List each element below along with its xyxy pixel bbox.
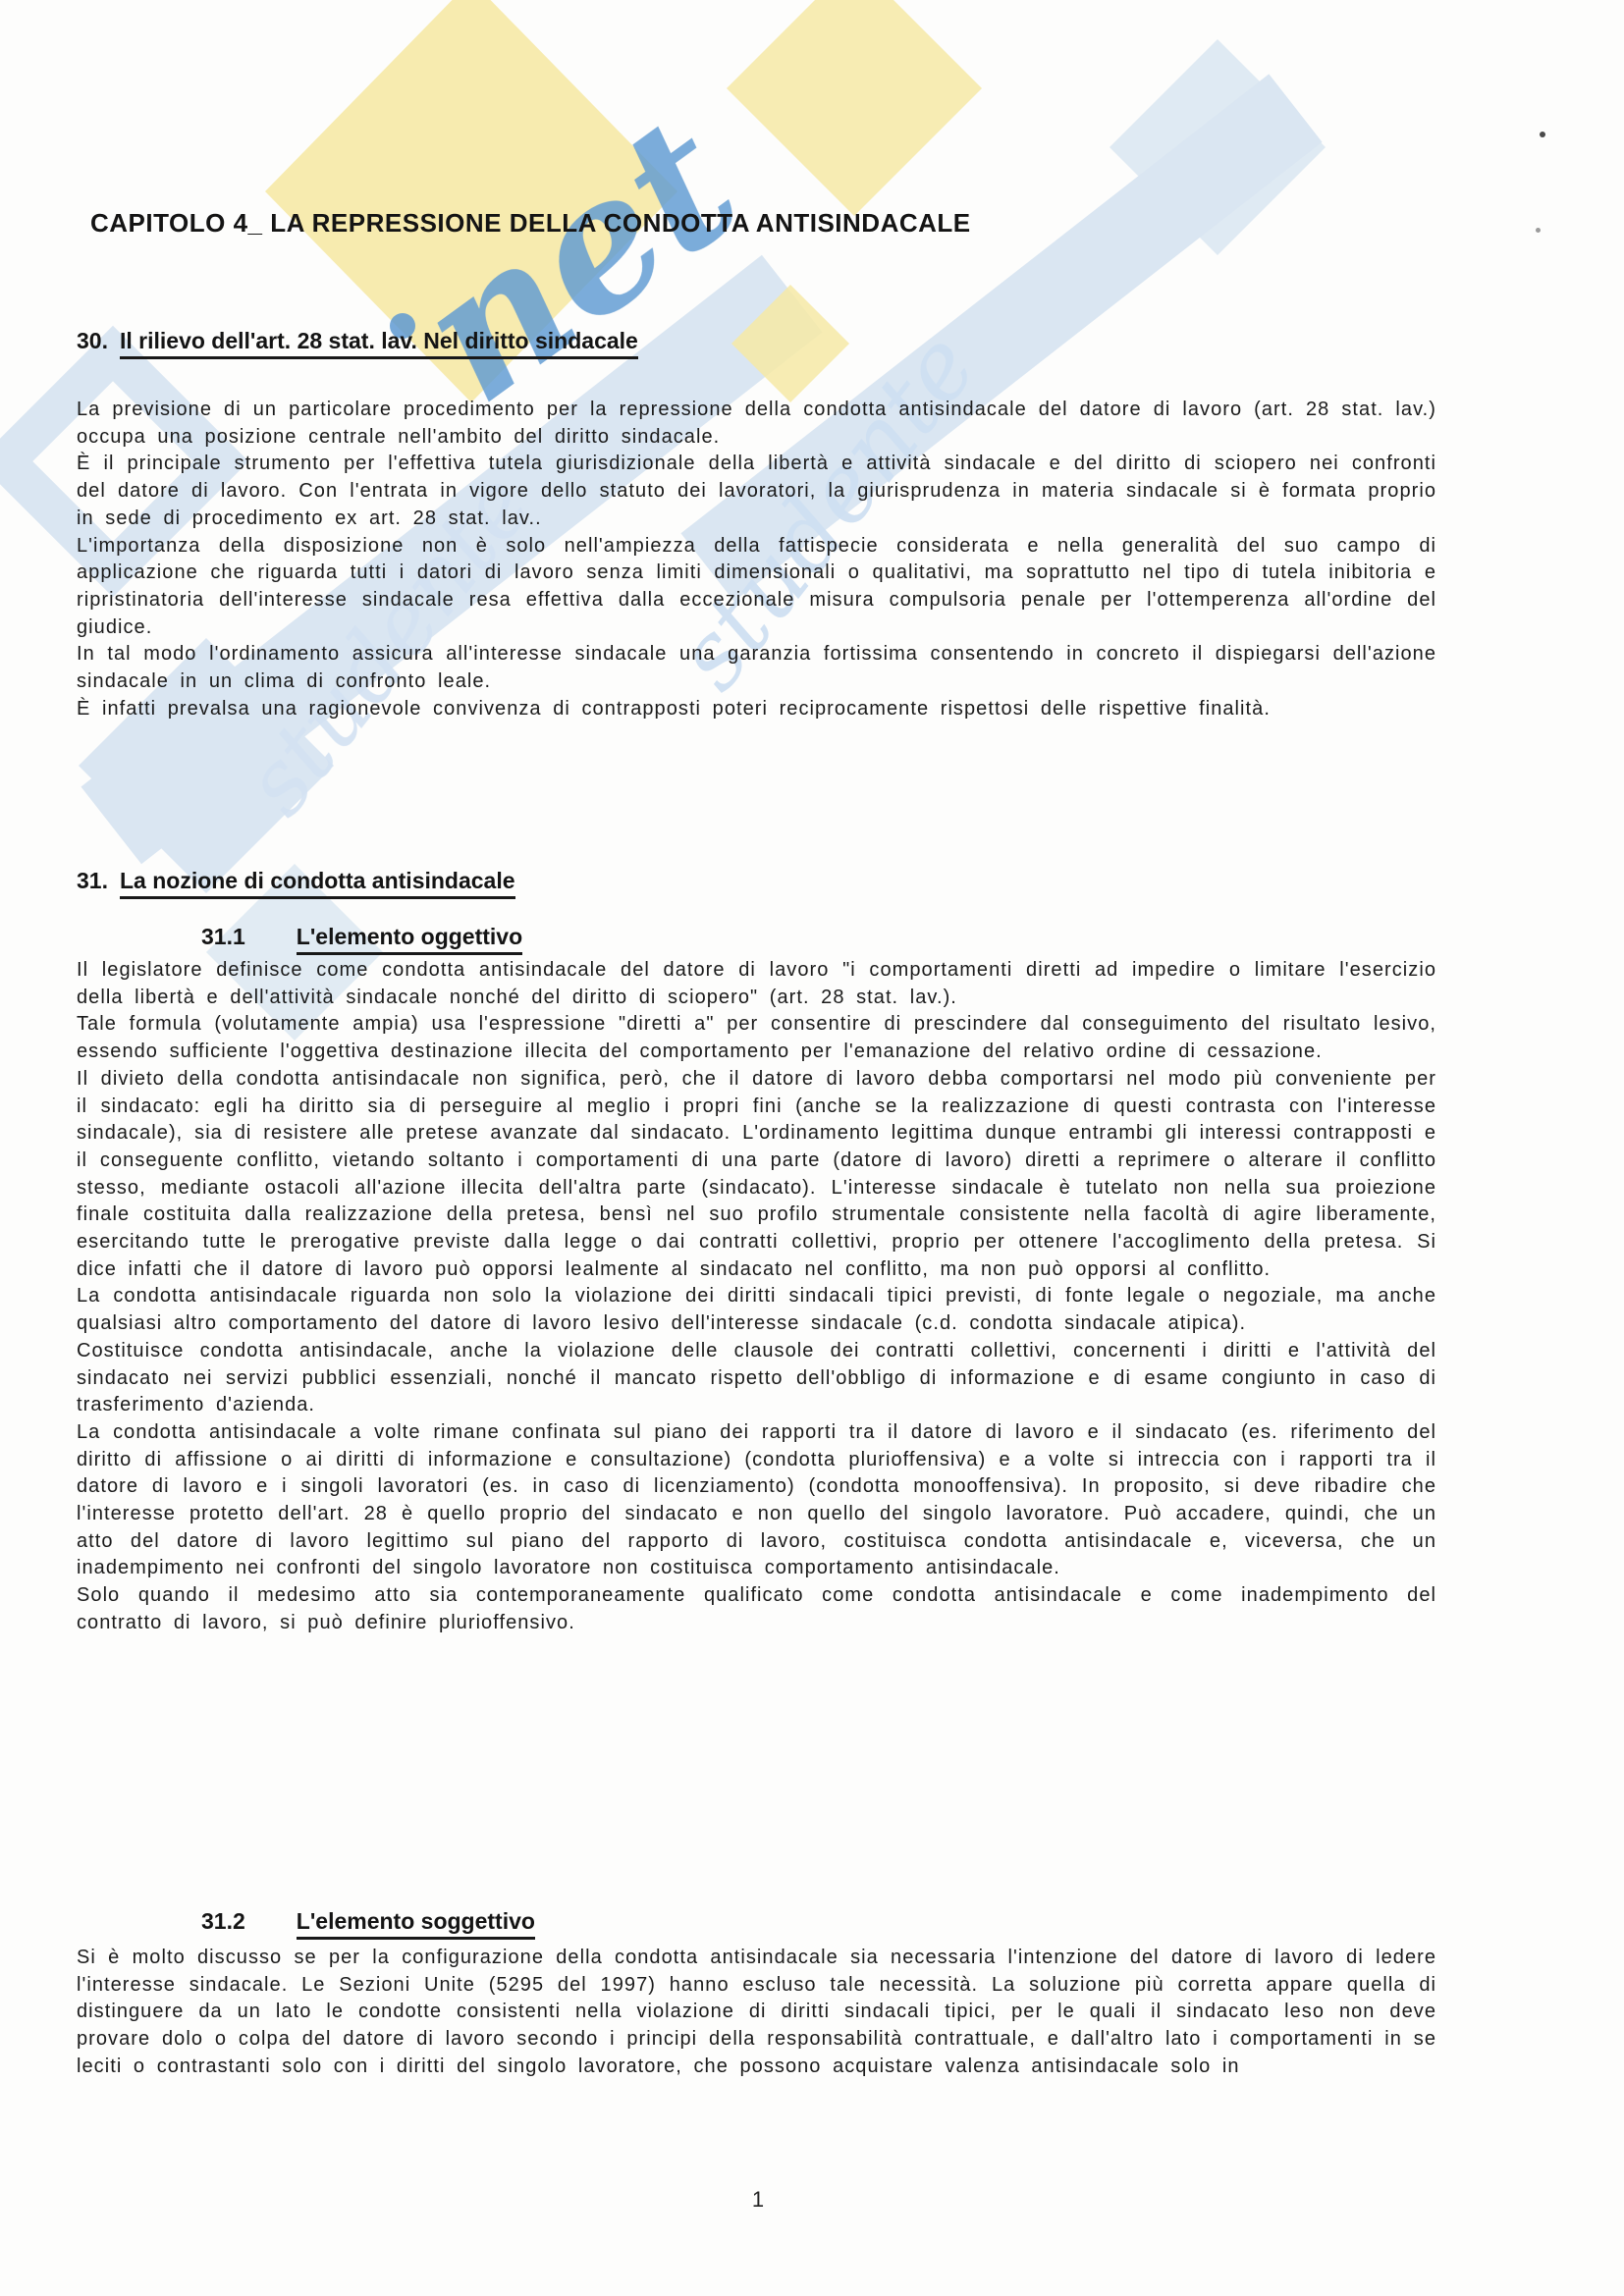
scan-speck — [1540, 132, 1545, 137]
paragraph: Il legislatore definisce come condotta a… — [77, 957, 1436, 1011]
paragraph: La condotta antisindacale a volte rimane… — [77, 1419, 1436, 1582]
paragraph: La condotta antisindacale riguarda non s… — [77, 1283, 1436, 1337]
section-30-body: La previsione di un particolare procedim… — [77, 397, 1436, 722]
document-page: studente studente net CAPITOLO 4_ LA REP… — [0, 0, 1624, 2296]
section-31-heading: 31.La nozione di condotta antisindacale — [77, 868, 515, 894]
paragraph: La previsione di un particolare procedim… — [77, 397, 1436, 451]
section-30-heading: 30.Il rilievo dell'art. 28 stat. lav. Ne… — [77, 328, 638, 354]
section-title: Il rilievo dell'art. 28 stat. lav. Nel d… — [120, 328, 638, 359]
subsection-title: L'elemento soggettivo — [297, 1908, 535, 1940]
chapter-title: CAPITOLO 4_ LA REPRESSIONE DELLA CONDOTT… — [90, 208, 1269, 239]
paragraph: Il divieto della condotta antisindacale … — [77, 1066, 1436, 1284]
paragraph: È infatti prevalsa una ragionevole convi… — [77, 696, 1436, 723]
paragraph: In tal modo l'ordinamento assicura all'i… — [77, 641, 1436, 695]
paragraph: L'importanza della disposizione non è so… — [77, 533, 1436, 642]
subsection-31-2-heading: 31.2L'elemento soggettivo — [201, 1908, 535, 1935]
paragraph: Costituisce condotta antisindacale, anch… — [77, 1338, 1436, 1419]
paragraph: Tale formula (volutamente ampia) usa l'e… — [77, 1011, 1436, 1065]
page-number: 1 — [0, 2187, 1516, 2213]
subsection-31-1-body: Il legislatore definisce come condotta a… — [77, 957, 1436, 1637]
paragraph: È il principale strumento per l'effettiv… — [77, 451, 1436, 532]
scan-speck — [1536, 228, 1541, 233]
watermark-script-primary: net — [380, 75, 774, 443]
paragraph: Solo quando il medesimo atto sia contemp… — [77, 1582, 1436, 1636]
section-title: La nozione di condotta antisindacale — [120, 868, 515, 899]
subsection-31-2-body: Si è molto discusso se per la configuraz… — [77, 1945, 1436, 2081]
subsection-title: L'elemento oggettivo — [297, 924, 522, 955]
section-number: 30. — [77, 328, 108, 353]
subsection-31-1-heading: 31.1L'elemento oggettivo — [201, 924, 522, 950]
subsection-number: 31.2 — [201, 1908, 245, 1934]
paragraph: Si è molto discusso se per la configuraz… — [77, 1945, 1436, 2081]
section-number: 31. — [77, 868, 108, 893]
subsection-number: 31.1 — [201, 924, 245, 949]
